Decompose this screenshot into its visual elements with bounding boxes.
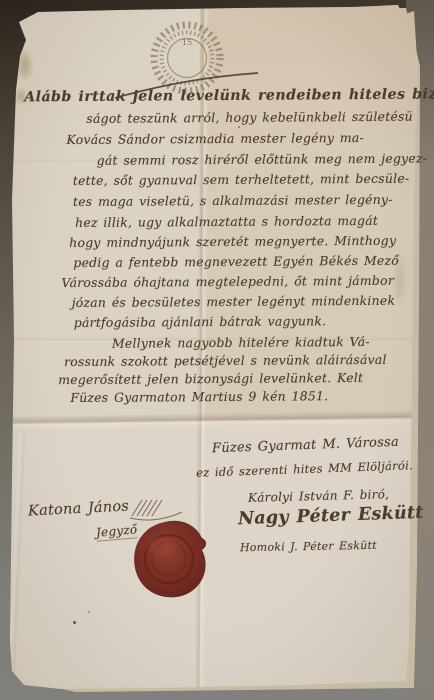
signature-karolyi: Károlyi István F. biró, <box>248 487 390 505</box>
closing-block: Füzes Gyarmat M. Várossa ez idő szerenti… <box>0 0 434 700</box>
wax-seal-icon <box>128 518 214 604</box>
signature-homoki: Homoki J. Péter Eskütt <box>240 539 377 554</box>
photographed-document: 15 Alább irttak jelen levelünk rendeiben… <box>0 0 434 700</box>
closing-city-line: Füzes Gyarmat M. Várossa <box>212 435 399 457</box>
signature-nagy: Nagy Péter Eskütt <box>238 503 424 529</box>
closing-officials-line: ez idő szerenti hites MM Elöljárói. <box>196 458 413 480</box>
